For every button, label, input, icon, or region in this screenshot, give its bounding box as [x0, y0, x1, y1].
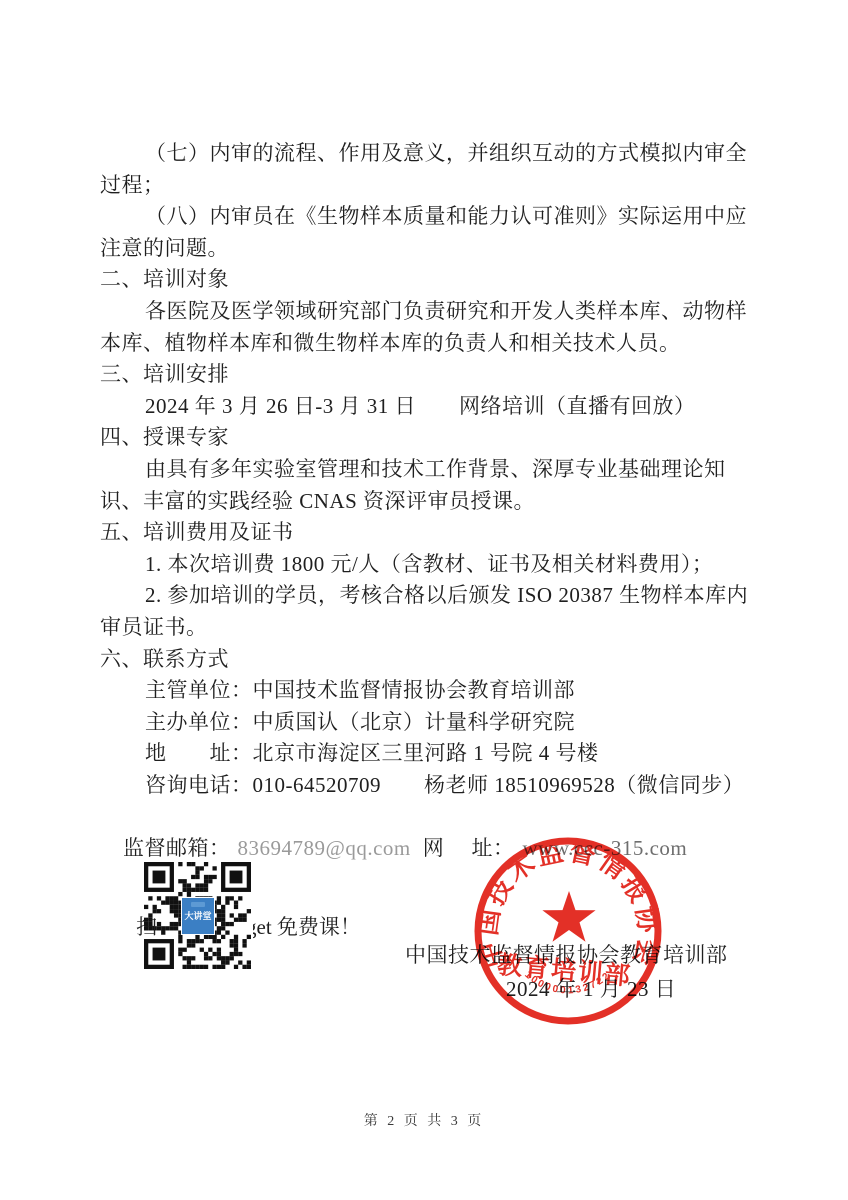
contact-address-line: 地 址：北京市海淀区三里河路 1 号院 4 号楼 [100, 738, 756, 770]
section-heading-training-schedule: 三、培训安排 [100, 359, 756, 391]
seal-ring [478, 841, 658, 1021]
section-heading-fees: 五、培训费用及证书 [100, 517, 756, 549]
doc-line: 过程； [100, 170, 756, 202]
contact-supervisor-line: 主管单位：中国技术监督情报协会教育培训部 [100, 675, 756, 707]
doc-line: 注意的问题。 [100, 233, 756, 265]
document-text: （七）内审的流程、作用及意义，并组织互动的方式模拟内审全 过程； （八）内审员在… [100, 138, 756, 896]
doc-line: 由具有多年实验室管理和技术工作背景、深厚专业基础理论知 [100, 454, 756, 486]
section-heading-training-target: 二、培训对象 [100, 264, 756, 296]
qr-logo-mark [191, 902, 205, 907]
qr-center-logo: 大讲堂 [181, 897, 215, 935]
doc-line: （八）内审员在《生物样本质量和能力认可准则》实际运用中应 [100, 201, 756, 233]
doc-line: （七）内审的流程、作用及意义，并组织互动的方式模拟内审全 [100, 138, 756, 170]
qr-caption-left: 扫 [136, 911, 157, 941]
official-seal: 中国技术监督情报协会 教育培训部 100000132722 [468, 831, 668, 1031]
doc-line: 2. 参加培训的学员，考核合格以后颁发 ISO 20387 生物样本库内 [100, 580, 756, 612]
qr-caption-right: get 免费课！ [246, 911, 361, 941]
seal-star-icon [542, 891, 595, 942]
seal-banner-text: 教育培训部 [496, 950, 633, 991]
section-heading-lecturers: 四、授课专家 [100, 422, 756, 454]
email-label: 监督邮箱： [123, 836, 231, 860]
contact-phone-line: 咨询电话：010-64520709 杨老师 18510969528（微信同步） [100, 770, 756, 802]
email-address[interactable]: 83694789@qq.com [238, 836, 411, 860]
doc-line: 各医院及医学领域研究部门负责研究和开发人类样本库、动物样 [100, 296, 756, 328]
contact-organizer-line: 主办单位：中质国认（北京）计量科学研究院 [100, 707, 756, 739]
qr-code: 大讲堂 [141, 860, 253, 972]
fee-line: 1. 本次培训费 1800 元/人（含教材、证书及相关材料费用）； [100, 549, 756, 581]
section-heading-contact: 六、联系方式 [100, 644, 756, 676]
doc-line: 审员证书。 [100, 612, 756, 644]
doc-line: 识、丰富的实践经验 CNAS 资深评审员授课。 [100, 486, 756, 518]
page-number-footer: 第 2 页 共 3 页 [0, 1110, 848, 1130]
qr-logo-text: 大讲堂 [182, 909, 214, 922]
training-dates-line: 2024 年 3 月 26 日-3 月 31 日 网络培训（直播有回放） [100, 391, 756, 423]
doc-line: 本库、植物样本库和微生物样本库的负责人和相关技术人员。 [100, 328, 756, 360]
